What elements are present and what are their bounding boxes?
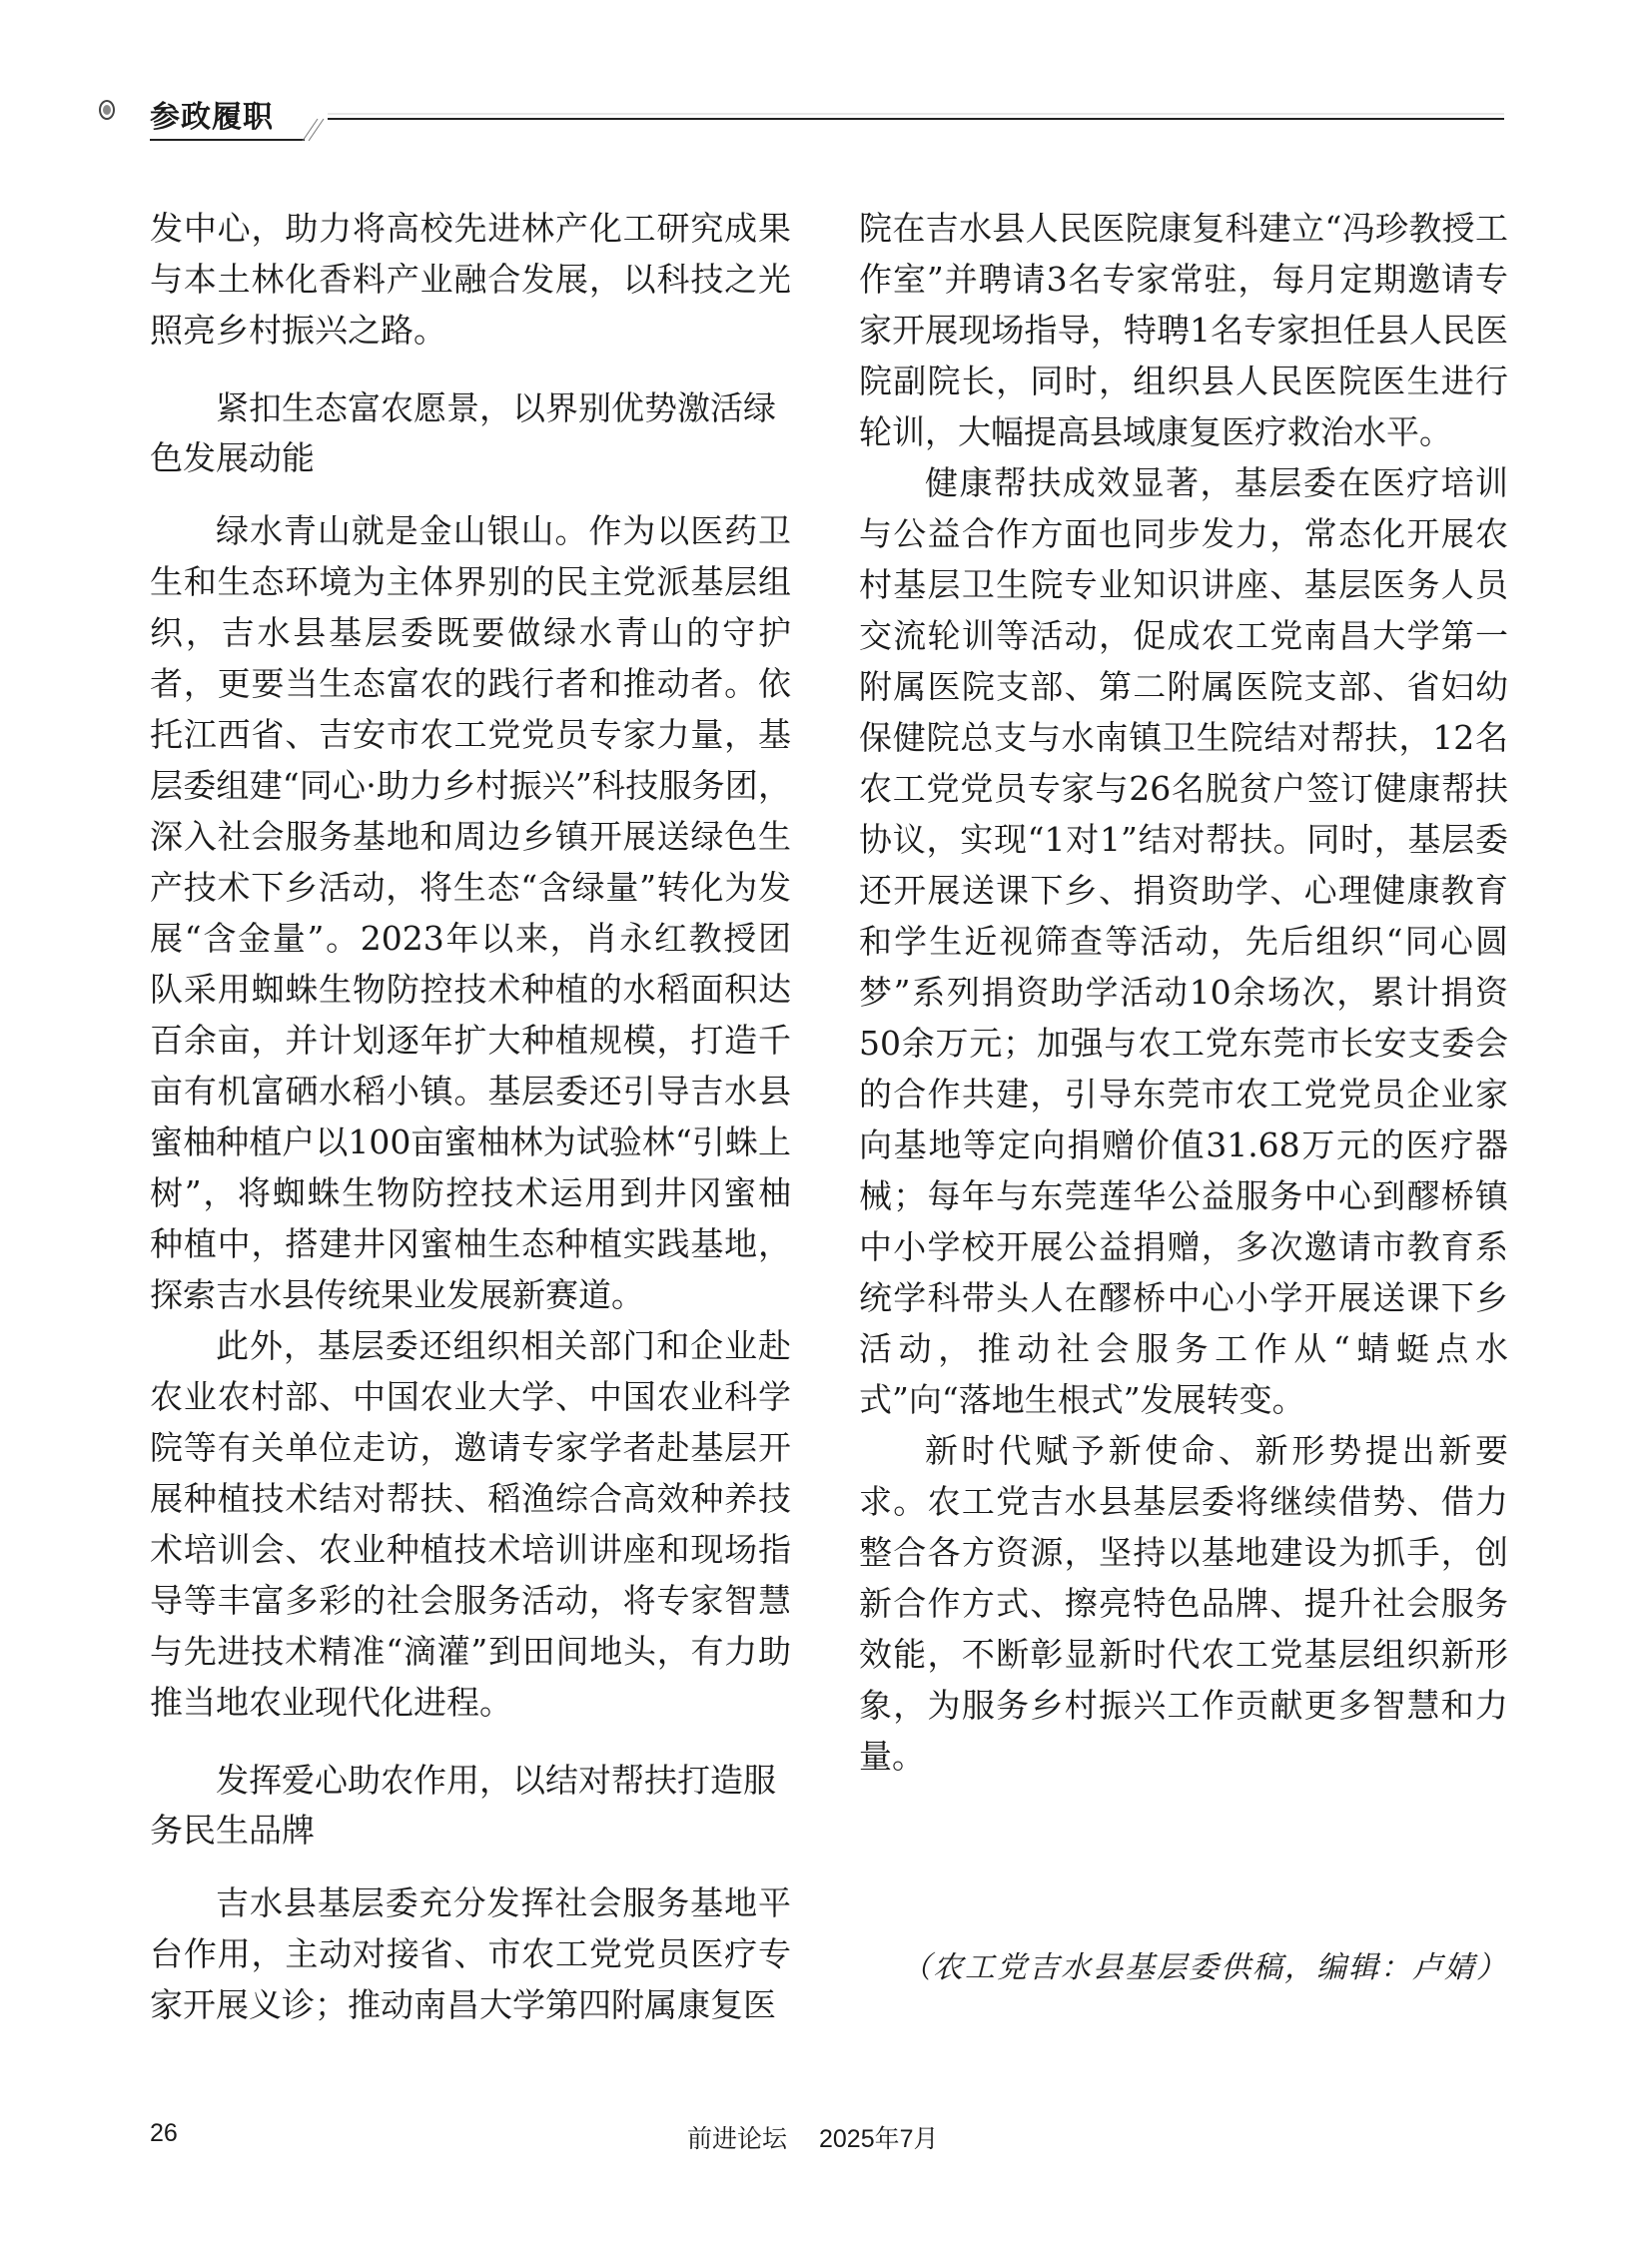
paragraph: 新时代赋予新使命、新形势提出新要求。农工党吉水县基层委将继续借势、借力整合各方资…: [859, 1425, 1508, 1782]
article-column-right: 院在吉水县人民医院康复科建立“冯珍教授工作室”并聘请3名专家常驻，每月定期邀请专…: [859, 203, 1508, 1782]
paragraph: 健康帮扶成效显著，基层委在医疗培训与公益合作方面也同步发力，常态化开展农村基层卫…: [859, 457, 1508, 1425]
publication-name: 前进论坛: [687, 2119, 787, 2155]
paragraph: 绿水青山就是金山银山。作为以医药卫生和生态环境为主体界别的民主党派基层组织，吉水…: [150, 505, 791, 1320]
issue-date: 2025年7月: [819, 2119, 939, 2155]
section-heading: 发挥爱心助农作用，以结对帮扶打造服务民生品牌: [150, 1756, 791, 1856]
paragraph: 吉水县基层委充分发挥社会服务基地平台作用，主动对接省、市农工党党员医疗专家开展义…: [150, 1877, 791, 2030]
paragraph: 发中心，助力将高校先进林产化工研究成果与本土林化香料产业融合发展，以科技之光照亮…: [150, 203, 791, 356]
section-heading: 紧扣生态富农愿景，以界别优势激活绿色发展动能: [150, 383, 791, 483]
paragraph: 院在吉水县人民医院康复科建立“冯珍教授工作室”并聘请3名专家常驻，每月定期邀请专…: [859, 203, 1508, 457]
header-rule-divider: [0, 0, 1652, 170]
paragraph: 此外，基层委还组织相关部门和企业赴农业农村部、中国农业大学、中国农业科学院等有关…: [150, 1320, 791, 1728]
page-number: 26: [150, 2119, 178, 2148]
article-credit: （农工党吉水县基层委供稿，编辑：卢婧）: [889, 1942, 1508, 1986]
article-column-left: 发中心，助力将高校先进林产化工研究成果与本土林化香料产业融合发展，以科技之光照亮…: [150, 203, 791, 2030]
page-header: 参政履职: [0, 0, 1652, 170]
